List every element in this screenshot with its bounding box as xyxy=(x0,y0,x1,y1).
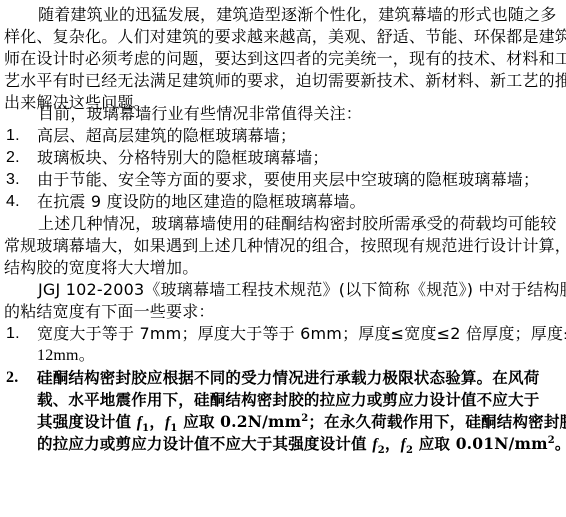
text-segment: 其强度设计值 xyxy=(37,412,137,431)
superscript: 2 xyxy=(548,435,555,446)
requirement-2-line-4: 的拉应力或剪应力设计值不应大于其强度设计值 f2，f2 应取 0.01N/mm2… xyxy=(0,433,566,455)
subscript: 2 xyxy=(378,445,385,456)
text-segment: 应取 0.2N/mm xyxy=(178,412,302,431)
case-text: 由于节能、安全等方面的要求，要使用夹层中空玻璃的隐框玻璃幕墙； xyxy=(37,169,539,191)
requirement-1-cont: 12mm。 xyxy=(0,345,566,367)
requirement-text: 其强度设计值 f1，f1 应取 0.2N/mm2；在永久荷载作用下，硅酮结构密封… xyxy=(37,411,566,434)
spec-line-2: 的粘结宽度有下面一些要求： xyxy=(4,301,215,323)
text-segment: ， xyxy=(385,434,401,453)
intro-line-2: 样化、复杂化。人们对建筑的要求越来越高，美观、舒适、节能、环保都是建筑 xyxy=(4,26,566,48)
attention-line: 目前，玻璃幕墙行业有些情况非常值得关注： xyxy=(38,103,362,125)
case-item-3: 3. 由于节能、安全等方面的要求，要使用夹层中空玻璃的隐框玻璃幕墙； xyxy=(0,169,566,191)
requirement-text: 载、水平地震作用下，硅酮结构密封胶的拉应力或剪应力设计值不应大于 xyxy=(37,389,539,411)
requirement-text: 硅酮结构密封胶应根据不同的受力情况进行承载力极限状态验算。在风荷 xyxy=(37,367,539,389)
text-segment: 的拉应力或剪应力设计值不应大于其强度设计值 xyxy=(37,434,372,453)
requirement-text: 的拉应力或剪应力设计值不应大于其强度设计值 f2，f2 应取 0.01N/mm2… xyxy=(37,433,566,456)
text-segment: ；在永久荷载作用下，硅酮结构密封胶 xyxy=(308,412,566,431)
case-item-4: 4. 在抗震 9 度设防的地区建造的隐框玻璃幕墙。 xyxy=(0,191,566,213)
text-segment: 。 xyxy=(555,434,566,453)
case-item-1: 1. 高层、超高层建筑的隐框玻璃幕墙； xyxy=(0,125,566,147)
case-number: 2. xyxy=(6,147,20,169)
intro-line-3: 师在设计时必须考虑的问题，要达到这四者的完美统一，现有的技术、材料和工 xyxy=(4,48,566,70)
requirement-2-line-3: 其强度设计值 f1，f1 应取 0.2N/mm2；在永久荷载作用下，硅酮结构密封… xyxy=(0,411,566,433)
requirement-number: 2. xyxy=(6,367,18,389)
summary-line-1: 上述几种情况，玻璃幕墙使用的硅酮结构密封胶所需承受的荷载均可能较 xyxy=(38,213,556,235)
case-item-2: 2. 玻璃板块、分格特别大的隐框玻璃幕墙； xyxy=(0,147,566,169)
requirement-1: 1. 宽度大于等于 7mm；厚度大于等于 6mm；厚度≤宽度≤2 倍厚度；厚度≤ xyxy=(0,323,566,345)
intro-line-4: 艺水平有时已经无法满足建筑师的要求，迫切需要新技术、新材料、新工艺的推 xyxy=(4,70,566,92)
spec-line-1: JGJ 102-2003《玻璃幕墙工程技术规范》(以下简称《规范》) 中对于结构… xyxy=(38,279,566,301)
intro-line-1: 随着建筑业的迅猛发展，建筑造型逐渐个性化，建筑幕墙的形式也随之多 xyxy=(38,4,556,26)
case-text: 在抗震 9 度设防的地区建造的隐框玻璃幕墙。 xyxy=(37,191,366,213)
summary-line-3: 结构胶的宽度将大大增加。 xyxy=(4,257,198,279)
requirement-text: 12mm。 xyxy=(37,345,95,367)
case-number: 4. xyxy=(6,191,20,213)
case-number: 1. xyxy=(6,125,20,147)
case-number: 3. xyxy=(6,169,20,191)
requirement-2: 2. 硅酮结构密封胶应根据不同的受力情况进行承载力极限状态验算。在风荷 xyxy=(0,367,566,389)
text-segment: 应取 0.01N/mm xyxy=(413,434,548,453)
case-text: 玻璃板块、分格特别大的隐框玻璃幕墙； xyxy=(37,147,329,169)
summary-line-2: 常规玻璃幕墙大，如果遇到上述几种情况的组合，按照现有规范进行设计计算， xyxy=(4,235,566,257)
requirement-text: 宽度大于等于 7mm；厚度大于等于 6mm；厚度≤宽度≤2 倍厚度；厚度≤ xyxy=(37,323,566,345)
requirement-2-line-2: 载、水平地震作用下，硅酮结构密封胶的拉应力或剪应力设计值不应大于 xyxy=(0,389,566,411)
case-text: 高层、超高层建筑的隐框玻璃幕墙； xyxy=(37,125,296,147)
requirement-number: 1. xyxy=(6,323,20,345)
text-segment: ， xyxy=(149,412,165,431)
